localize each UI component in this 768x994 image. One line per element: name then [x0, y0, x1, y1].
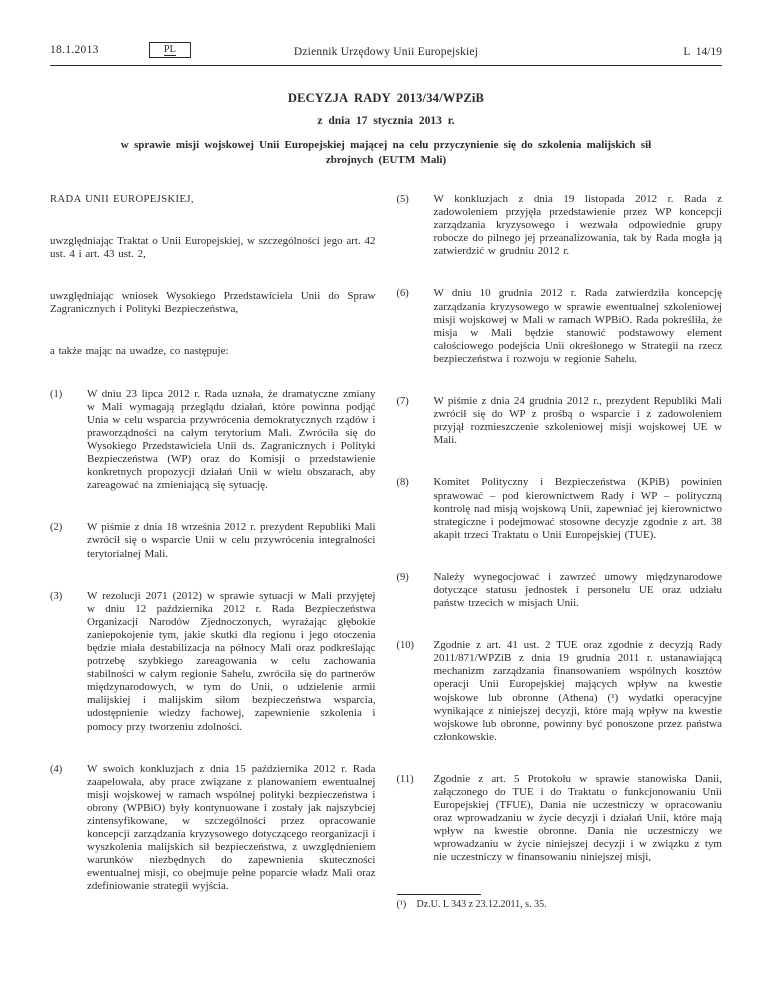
recital-text: Komitet Polityczny i Bezpieczeństwa (KPi… [434, 476, 723, 541]
language-code-box: PL [149, 42, 191, 58]
recital: (3) W rezolucji 2071 (2012) w sprawie sy… [50, 590, 376, 734]
footnote-text: Dz.U. L 343 z 23.12.2011, s. 35. [417, 899, 547, 911]
journal-page: 18.1.2013 PL Dziennik Urzędowy Unii Euro… [0, 0, 768, 994]
preamble-paragraph: uwzględniając wniosek Wysokiego Przedsta… [50, 290, 376, 316]
recital: (10) Zgodnie z art. 41 ust. 2 TUE oraz z… [397, 639, 723, 744]
recital-text: Należy wynegocjować i zawrzeć umowy międ… [434, 571, 723, 610]
journal-title: Dziennik Urzędowy Unii Europejskiej [270, 46, 502, 58]
left-column: RADA UNII EUROPEJSKIEJ, uwzględniając Tr… [50, 193, 376, 911]
recital: (11) Zgodnie z art. 5 Protokołu w sprawi… [397, 773, 723, 865]
recital: (8) Komitet Polityczny i Bezpieczeństwa … [397, 476, 723, 541]
recital: (9) Należy wynegocjować i zawrzeć umowy … [397, 571, 723, 610]
recital: (7) W piśmie z dnia 24 grudnia 2012 r., … [397, 395, 723, 447]
recital-text: W rezolucji 2071 (2012) w sprawie sytuac… [87, 590, 376, 734]
recital-text: Zgodnie z art. 41 ust. 2 TUE oraz zgodni… [434, 639, 723, 744]
recital-number: (7) [397, 395, 434, 447]
recital-text: W piśmie z dnia 18 września 2012 r. prez… [87, 521, 376, 560]
recital-number: (3) [50, 590, 87, 734]
decision-date: z dnia 17 stycznia 2013 r. [50, 115, 722, 127]
recital-text: Zgodnie z art. 5 Protokołu w sprawie sta… [434, 773, 723, 865]
recital-number: (5) [397, 193, 434, 258]
preamble-paragraph: a także mając na uwadze, co następuje: [50, 345, 376, 358]
decision-title: DECYZJA RADY 2013/34/WPZiB [50, 91, 722, 106]
recital-text: W dniu 23 lipca 2012 r. Rada uznała, że … [87, 388, 376, 493]
footnote-rule [397, 894, 481, 895]
recital-number: (6) [397, 287, 434, 366]
recital-number: (4) [50, 763, 87, 894]
recital-text: W dniu 10 grudnia 2012 r. Rada zatwierdz… [434, 287, 723, 366]
recital: (5) W konkluzjach z dnia 19 listopada 20… [397, 193, 723, 258]
page-header: 18.1.2013 PL Dziennik Urzędowy Unii Euro… [50, 42, 722, 66]
decision-subject: w sprawie misji wojskowej Unii Europejsk… [95, 138, 677, 167]
body-columns: RADA UNII EUROPEJSKIEJ, uwzględniając Tr… [50, 193, 722, 911]
language-code: PL [164, 44, 176, 56]
recital-number: (1) [50, 388, 87, 493]
recital-text: W swoich konkluzjach z dnia 15 październ… [87, 763, 376, 894]
footnote: (¹) Dz.U. L 343 z 23.12.2011, s. 35. [397, 899, 723, 911]
recital: (2) W piśmie z dnia 18 września 2012 r. … [50, 521, 376, 560]
recital: (1) W dniu 23 lipca 2012 r. Rada uznała,… [50, 388, 376, 493]
recital-number: (10) [397, 639, 434, 744]
header-left: 18.1.2013 PL [50, 42, 270, 58]
right-column: (5) W konkluzjach z dnia 19 listopada 20… [397, 193, 723, 911]
recital-number: (11) [397, 773, 434, 865]
issue-date: 18.1.2013 [50, 44, 99, 56]
page-reference: L 14/19 [502, 46, 722, 58]
preamble-paragraph: uwzględniając Traktat o Unii Europejskie… [50, 235, 376, 261]
recital-text: W piśmie z dnia 24 grudnia 2012 r., prez… [434, 395, 723, 447]
footnote-block: (¹) Dz.U. L 343 z 23.12.2011, s. 35. [397, 894, 723, 911]
recital: (4) W swoich konkluzjach z dnia 15 paźdz… [50, 763, 376, 894]
recital: (6) W dniu 10 grudnia 2012 r. Rada zatwi… [397, 287, 723, 366]
preamble-authority: RADA UNII EUROPEJSKIEJ, [50, 193, 376, 206]
recital-text: W konkluzjach z dnia 19 listopada 2012 r… [434, 193, 723, 258]
recital-number: (9) [397, 571, 434, 610]
recital-number: (8) [397, 476, 434, 541]
footnote-marker: (¹) [397, 899, 417, 911]
title-block: DECYZJA RADY 2013/34/WPZiB z dnia 17 sty… [50, 91, 722, 167]
recital-number: (2) [50, 521, 87, 560]
